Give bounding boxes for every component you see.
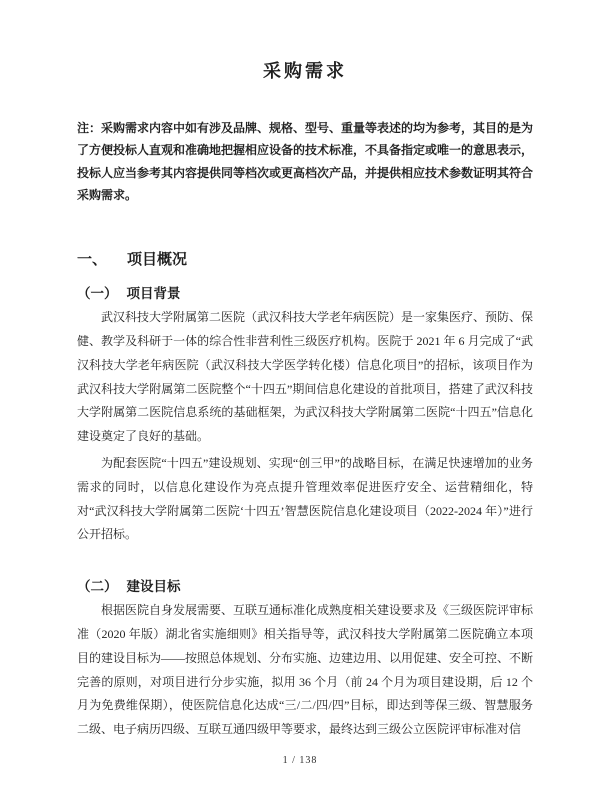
section-1-heading: 一、项目概况 bbox=[77, 250, 533, 270]
page-number: 1 / 138 bbox=[0, 755, 600, 766]
subsection-1-label: （一） bbox=[77, 286, 118, 301]
subsection-1-title: 项目背景 bbox=[127, 286, 181, 301]
subsection-2-title: 建设目标 bbox=[127, 579, 181, 594]
page-title: 采购需求 bbox=[77, 58, 533, 84]
note-paragraph: 注：采购需求内容中如有涉及品牌、规格、型号、重量等表述的均为参考，其目的是为了方… bbox=[77, 117, 533, 206]
goals-paragraph-1: 根据医院自身发展需要、互联互通标准化成熟度相关建设要求及《三级医院评审标准（20… bbox=[77, 599, 533, 742]
subsection-2-heading: （二）建设目标 bbox=[77, 578, 533, 596]
section-1-title: 项目概况 bbox=[127, 252, 187, 268]
background-paragraph-2: 为配套医院“十四五”建设规划、实现“创三甲”的战略目标，在满足快速增加的业务需求… bbox=[77, 452, 533, 547]
section-1-number: 一、 bbox=[77, 252, 107, 268]
background-paragraph-1: 武汉科技大学附属第二医院（武汉科技大学老年病医院）是一家集医疗、预防、保健、教学… bbox=[77, 306, 533, 449]
subsection-2-label: （二） bbox=[77, 579, 118, 594]
document-page: 采购需求 注：采购需求内容中如有涉及品牌、规格、型号、重量等表述的均为参考，其目… bbox=[0, 0, 600, 800]
subsection-1-heading: （一）项目背景 bbox=[77, 285, 533, 303]
